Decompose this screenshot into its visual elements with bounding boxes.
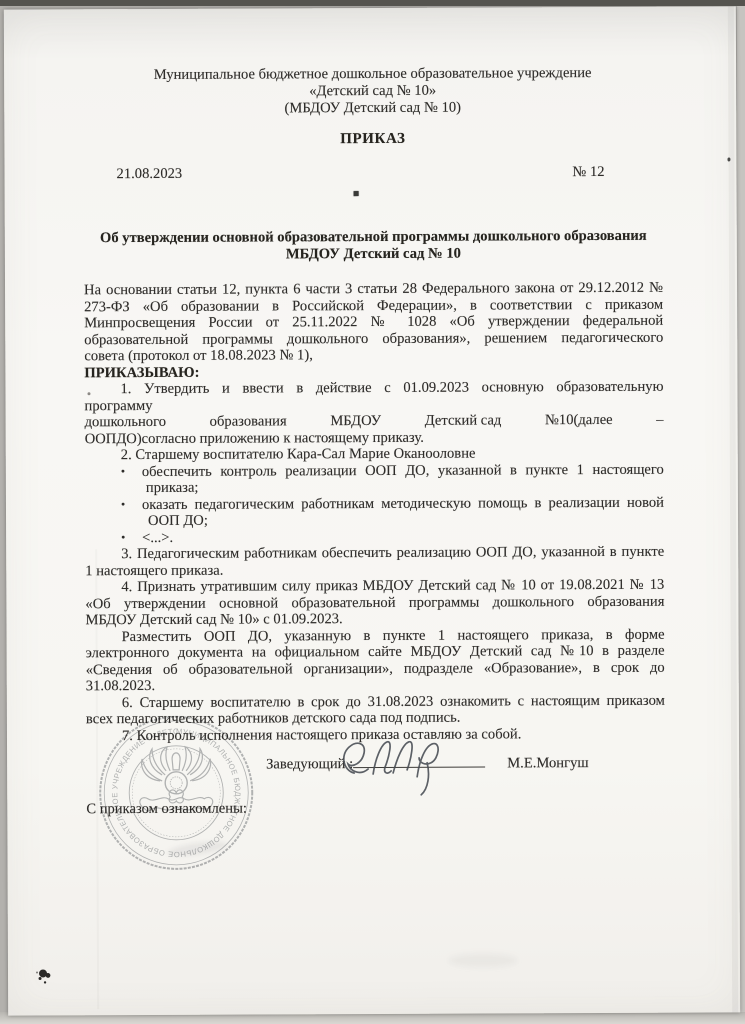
item5-line: электронного документа на официальном са… [86,643,665,662]
bullet-icon: • [121,463,125,480]
scan-speck [727,157,730,161]
scanned-order-document: { "doc": { "header": { "org1": "Муниципа… [0,0,745,1024]
bullet-item: • оказать педагогическим работникам мето… [85,494,664,530]
bullet-item: • обеспечить контроль реализации ООП ДО,… [85,461,664,497]
spread-dash: – [656,412,663,429]
bullet-line: <...>. [142,527,664,546]
order-body: На основании статьи 12, пункта 6 части 3… [84,280,665,745]
item1-spread-line: дошкольного образования МБДОУ Детский са… [85,412,664,431]
ink-mark [354,191,359,196]
stamp-emblem-icon [140,747,213,811]
org-name-line3: (МБДОУ Детский сад № 10) [83,99,662,119]
signatory-name: М.Е.Монгуш [507,755,589,771]
ink-blot [30,961,60,991]
document-date: 21.08.2023 [116,166,182,183]
preamble-line: образовательной программы дошкольного об… [84,329,663,348]
preamble-line: На основании статьи 12, пункта 6 части 3… [84,280,663,299]
spread-word: №10(далее [545,412,613,429]
bullet-line: обеспечить контроль реализации ООП ДО, у… [142,461,664,480]
date-number-row: 21.08.2023 № 12 [83,164,662,184]
org-name-line1: Муниципальное бюджетное дошкольное образ… [83,65,662,85]
document-number: № 12 [572,164,604,181]
item3-line: 3. Педагогическим работникам обеспечить … [85,544,664,563]
item6-line: 6. Старшему воспитателю в срок до 31.08.… [86,692,665,711]
preamble-line: Минпросвещения России от 25.11.2022 № 10… [84,313,663,332]
bullet-icon: • [121,496,125,513]
item4-line: 4. Признать утратившим силу приказ МБДОУ… [85,577,664,596]
scanner-edge-top [0,0,745,6]
bullet-item: • <...>. [85,527,664,546]
item5-line: «Сведения об образовательной организации… [86,659,665,678]
order-title-line2: МБДОУ Детский сад № 10 [84,245,663,265]
bullet-line: оказать педагогическим работникам методи… [142,494,664,513]
item4-line: «Об утверждении основной образовательной… [85,593,664,612]
paper-page: Муниципальное бюджетное дошкольное образ… [4,6,740,1015]
bullet-icon: • [121,529,125,546]
spread-word: Детский сад [425,412,502,429]
handwritten-signature [338,733,458,800]
spread-word: дошкольного [85,414,166,431]
document-type-heading: ПРИКАЗ [83,130,662,150]
spread-word: образования [210,413,287,430]
scan-speck [87,392,90,395]
item1-line: 1. Утвердить и ввести в действие с 01.09… [84,379,663,398]
order-title-line1: Об утверждении основной образовательной … [84,228,663,248]
spread-word: МБДОУ [330,413,381,430]
